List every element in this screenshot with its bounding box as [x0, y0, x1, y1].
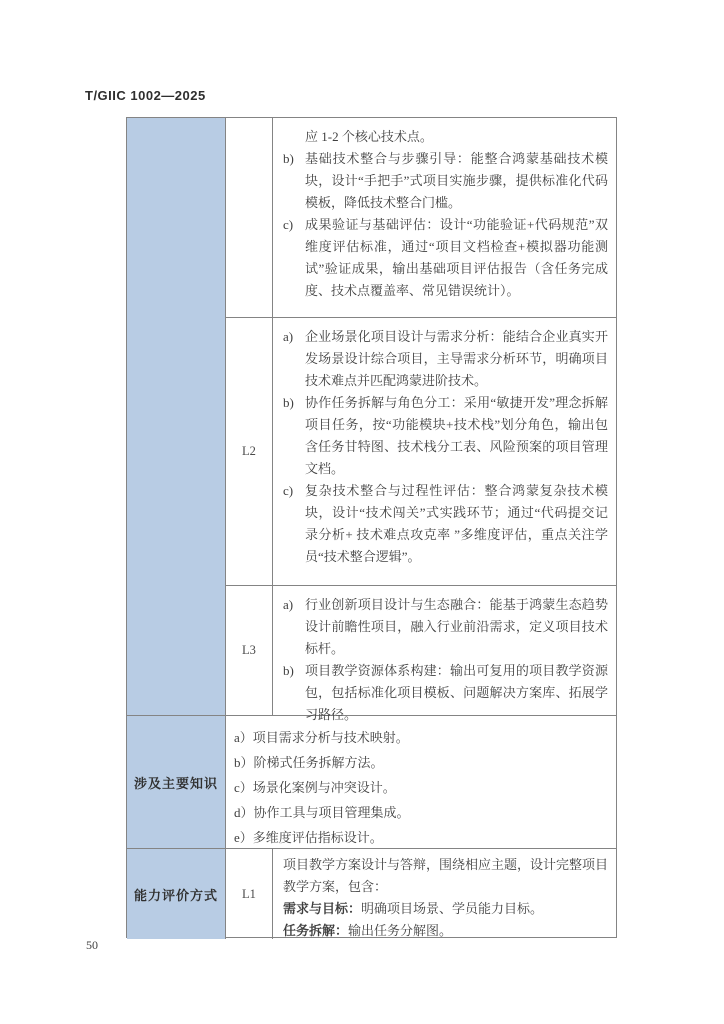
content-cell-l2: a) 企业场景化项目设计与需求分析：能结合企业真实开发场景设计综合项目，主导需求…: [273, 318, 616, 586]
content-cell-l3: a) 行业创新项目设计与生态融合：能基于鸿蒙生态趋势设计前瞻性项目，融入行业前沿…: [273, 586, 616, 716]
list-item-text: 复杂技术整合与过程性评估：整合鸿蒙复杂技术模块，设计“技术闯关”式实践环节；通过…: [305, 480, 608, 568]
knowledge-item: d）协作工具与项目管理集成。: [234, 800, 608, 825]
list-item-label: b): [283, 392, 305, 480]
knowledge-item: b）阶梯式任务拆解方法。: [234, 750, 608, 775]
evaluation-intro: 项目教学方案设计与答辩，围绕相应主题，设计完整项目教学方案，包含：: [283, 854, 608, 898]
evaluation-line-lead: 任务拆解：: [283, 923, 348, 938]
level-cell-l3: L3: [226, 586, 273, 716]
evaluation-line: 需求与目标：明确项目场景、学员能力目标。: [283, 898, 608, 920]
page-number: 50: [86, 938, 98, 953]
list-item-label: a): [283, 594, 305, 660]
list-item: c) 成果验证与基础评估：设计“功能验证+代码规范”双维度评估标准，通过“项目文…: [283, 214, 608, 302]
level-cell-l2: L2: [226, 318, 273, 586]
category-cell-continued: [127, 118, 226, 716]
knowledge-item: a）项目需求分析与技术映射。: [234, 725, 608, 750]
list-item: a) 行业创新项目设计与生态融合：能基于鸿蒙生态趋势设计前瞻性项目，融入行业前沿…: [283, 594, 608, 660]
document-number-header: T/GIIC 1002—2025: [85, 88, 206, 103]
content-cell-l1-continued: 应 1-2 个核心技术点。 b) 基础技术整合与步骤引导：能整合鸿蒙基础技术模块…: [273, 118, 616, 318]
content-cell-evaluation: 项目教学方案设计与答辩，围绕相应主题，设计完整项目教学方案，包含： 需求与目标：…: [273, 849, 616, 939]
content-cell-knowledge: a）项目需求分析与技术映射。 b）阶梯式任务拆解方法。 c）场景化案例与冲突设计…: [226, 716, 616, 849]
list-item-text: 协作任务拆解与角色分工：采用“敏捷开发”理念拆解项目任务，按“功能模块+技术栈”…: [305, 392, 608, 480]
knowledge-item: e）多维度评估指标设计。: [234, 825, 608, 850]
level-cell-continued: [226, 118, 273, 318]
row-header-knowledge: 涉及主要知识: [127, 716, 226, 849]
list-item-label: c): [283, 214, 305, 302]
list-item: b) 基础技术整合与步骤引导：能整合鸿蒙基础技术模块，设计“手把手”式项目实施步…: [283, 148, 608, 214]
evaluation-line: 任务拆解：输出任务分解图。: [283, 920, 608, 942]
level-cell-l1: L1: [226, 849, 273, 939]
evaluation-line-text: 输出任务分解图。: [348, 923, 452, 938]
knowledge-item: c）场景化案例与冲突设计。: [234, 775, 608, 800]
row-header-evaluation: 能力评价方式: [127, 849, 226, 939]
list-item-label: b): [283, 148, 305, 214]
list-item: b) 协作任务拆解与角色分工：采用“敏捷开发”理念拆解项目任务，按“功能模块+技…: [283, 392, 608, 480]
list-item-text: 企业场景化项目设计与需求分析：能结合企业真实开发场景设计综合项目，主导需求分析环…: [305, 326, 608, 392]
continued-text-line: 应 1-2 个核心技术点。: [305, 126, 608, 148]
competency-table: 应 1-2 个核心技术点。 b) 基础技术整合与步骤引导：能整合鸿蒙基础技术模块…: [126, 117, 617, 938]
list-item-label: c): [283, 480, 305, 568]
list-item: a) 企业场景化项目设计与需求分析：能结合企业真实开发场景设计综合项目，主导需求…: [283, 326, 608, 392]
list-item-text: 基础技术整合与步骤引导：能整合鸿蒙基础技术模块，设计“手把手”式项目实施步骤，提…: [305, 148, 608, 214]
evaluation-line-lead: 需求与目标：: [283, 901, 361, 916]
list-item-text: 成果验证与基础评估：设计“功能验证+代码规范”双维度评估标准，通过“项目文档检查…: [305, 214, 608, 302]
list-item-text: 行业创新项目设计与生态融合：能基于鸿蒙生态趋势设计前瞻性项目，融入行业前沿需求，…: [305, 594, 608, 660]
list-item: c) 复杂技术整合与过程性评估：整合鸿蒙复杂技术模块，设计“技术闯关”式实践环节…: [283, 480, 608, 568]
list-item-label: a): [283, 326, 305, 392]
evaluation-line-text: 明确项目场景、学员能力目标。: [361, 901, 543, 916]
